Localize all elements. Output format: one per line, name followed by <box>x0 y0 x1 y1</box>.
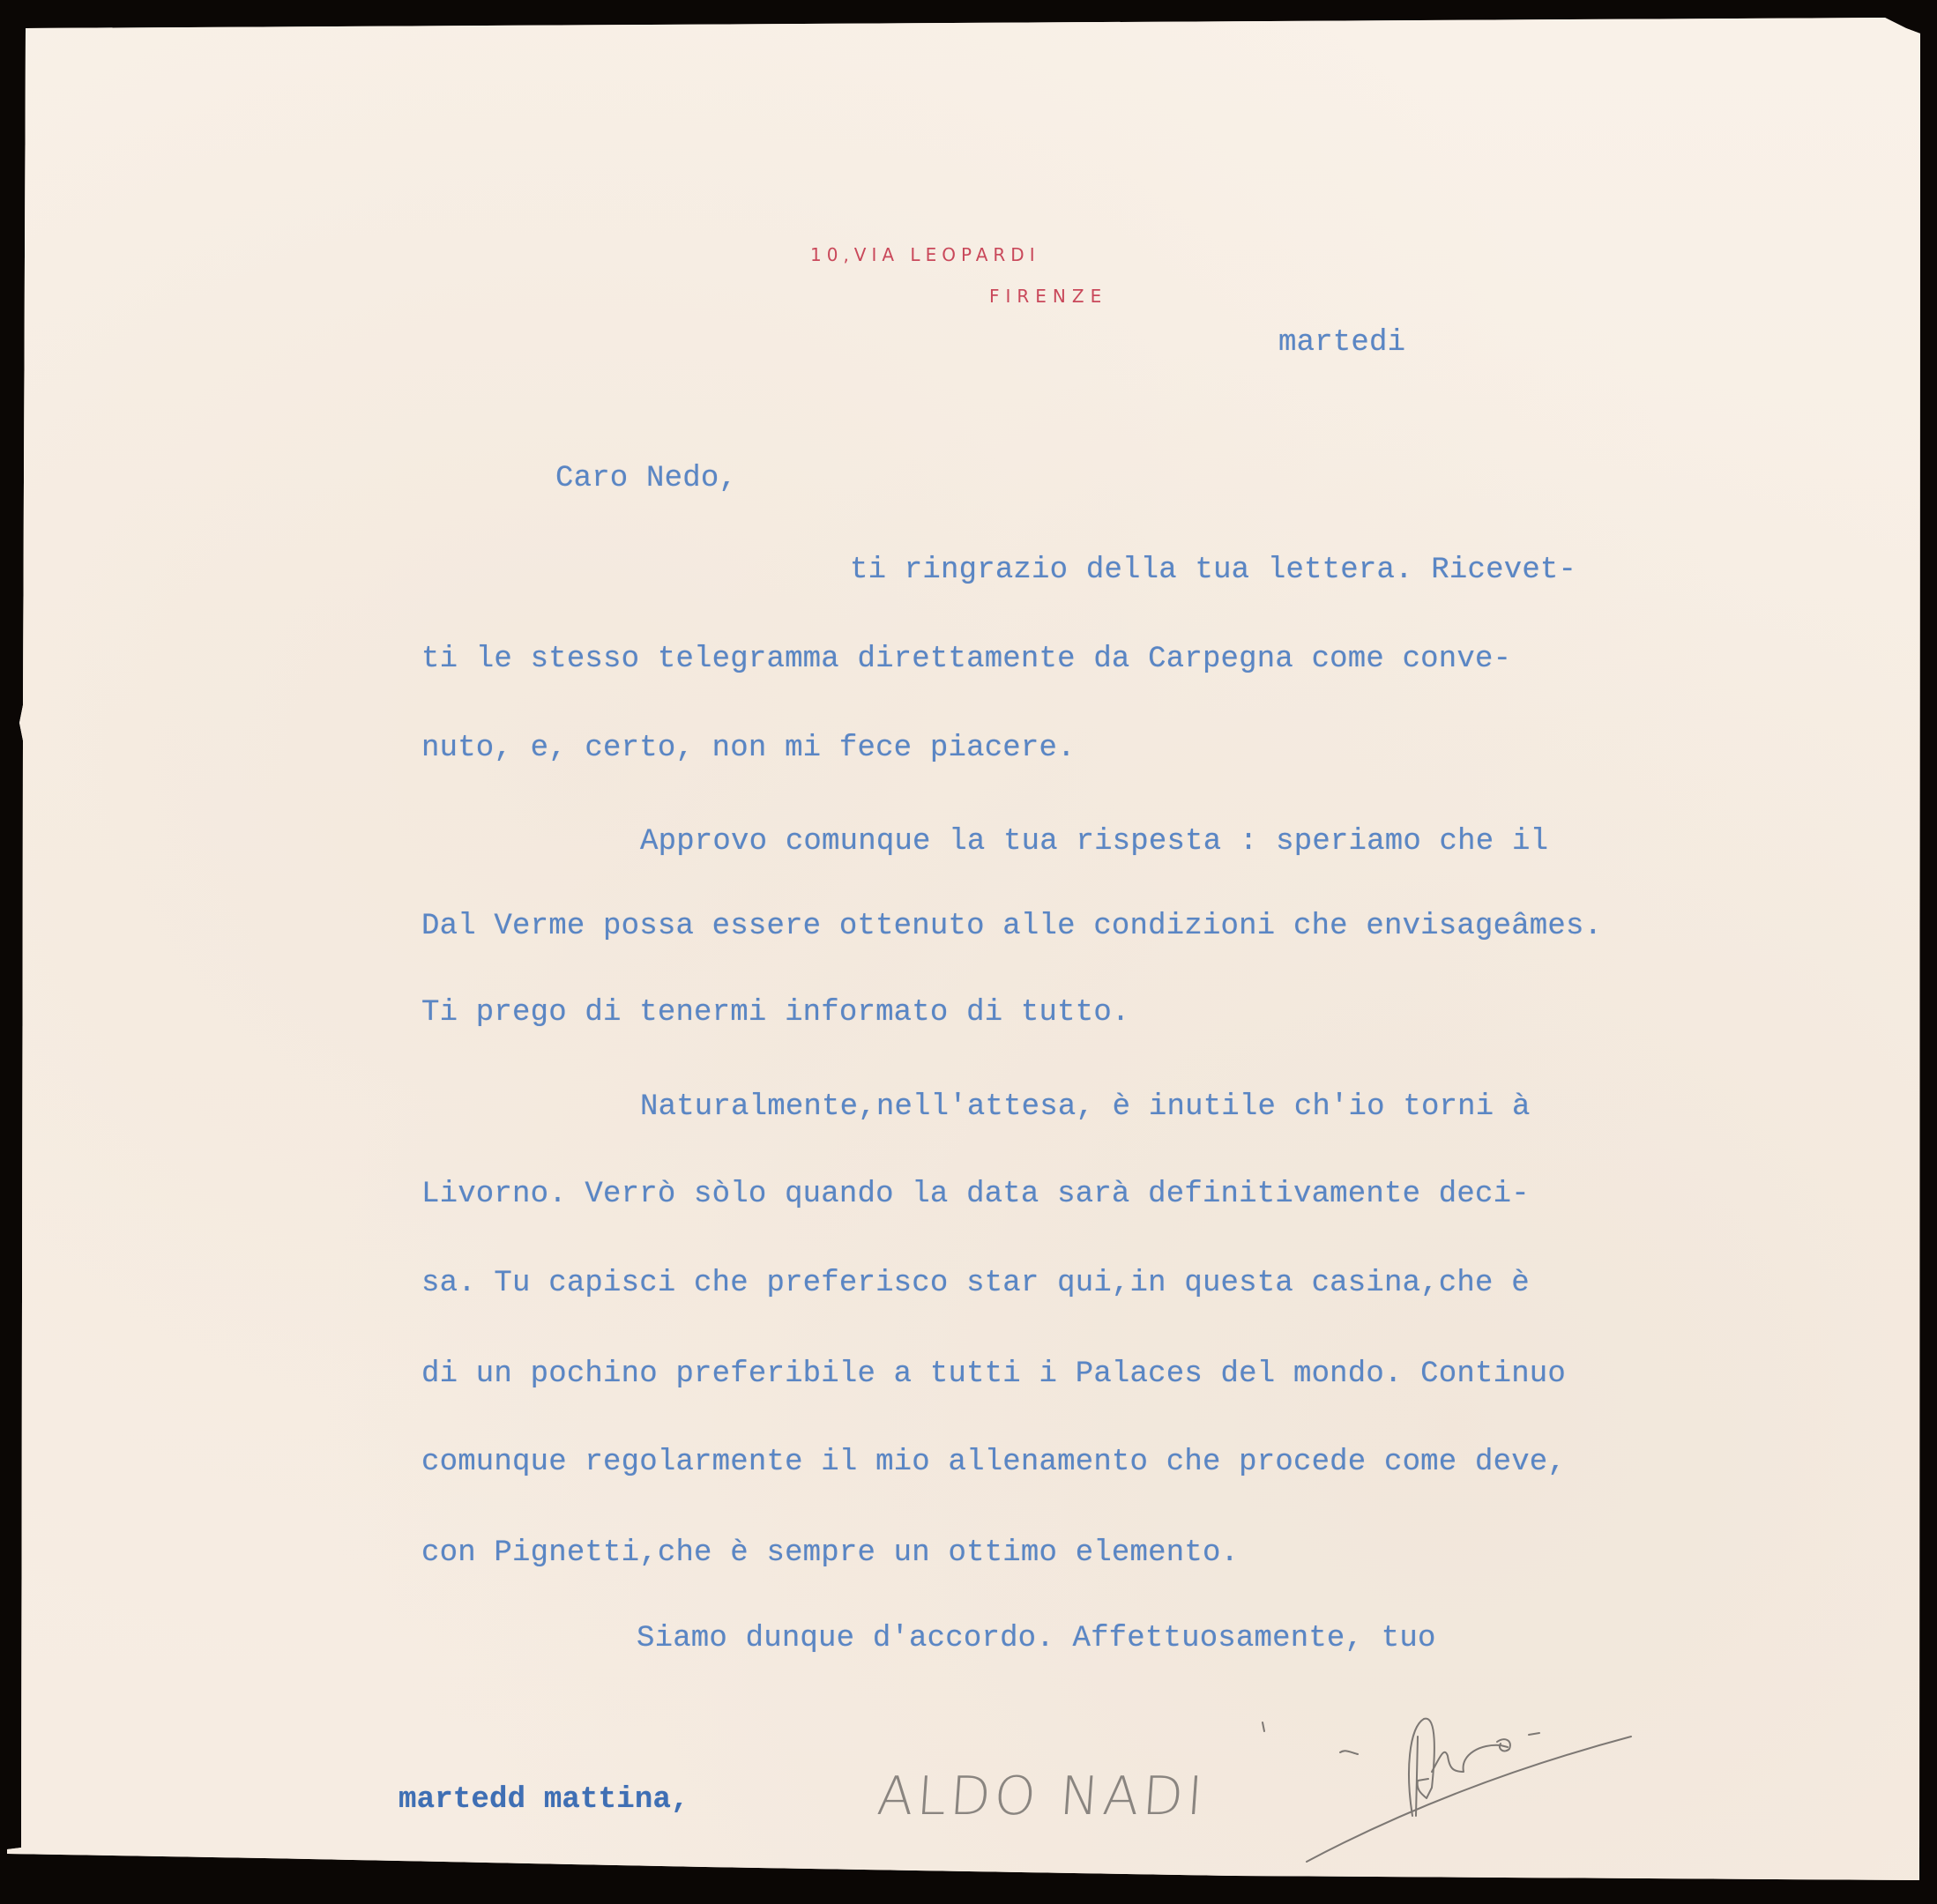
body-line-12: con Pignetti,che è sempre un ottimo elem… <box>421 1538 1239 1568</box>
letterhead-city: FIRENZE <box>989 287 1107 305</box>
body-line-6: Ti prego di tenermi informato di tutto. <box>421 998 1130 1028</box>
body-line-3: nuto, e, certo, non mi fece piacere. <box>421 733 1076 763</box>
handwritten-signature <box>1217 1701 1675 1878</box>
body-line-2: ti le stesso telegramma direttamente da … <box>421 644 1511 674</box>
closing-line: Siamo dunque d'accordo. Affettuosamente,… <box>637 1624 1436 1654</box>
body-line-4: Approvo comunque la tua rispesta : speri… <box>640 827 1548 857</box>
body-line-10: di un pochino preferibile a tutti i Pala… <box>421 1359 1566 1389</box>
body-line-8: Livorno. Verrò sòlo quando la data sarà … <box>421 1179 1530 1209</box>
postscript-date: martedd mattina, <box>399 1785 689 1815</box>
body-line-9: sa. Tu capisci che preferisco star qui,i… <box>421 1268 1530 1298</box>
body-line-5: Dal Verme possa essere ottenuto alle con… <box>421 911 1602 941</box>
body-line-11: comunque regolarmente il mio allenamento… <box>421 1447 1566 1477</box>
salutation: Caro Nedo, <box>555 464 737 494</box>
date-line: martedi <box>1278 328 1405 358</box>
letter-paper <box>0 0 1937 1904</box>
letterhead-street: 10,VIA LEOPARDI <box>810 246 1040 264</box>
body-line-1: ti ringrazio della tua lettera. Ricevet- <box>850 555 1576 585</box>
pencil-annotation: ALDO NADI <box>875 1770 1208 1823</box>
body-line-7: Naturalmente,nell'attesa, è inutile ch'i… <box>640 1092 1531 1122</box>
